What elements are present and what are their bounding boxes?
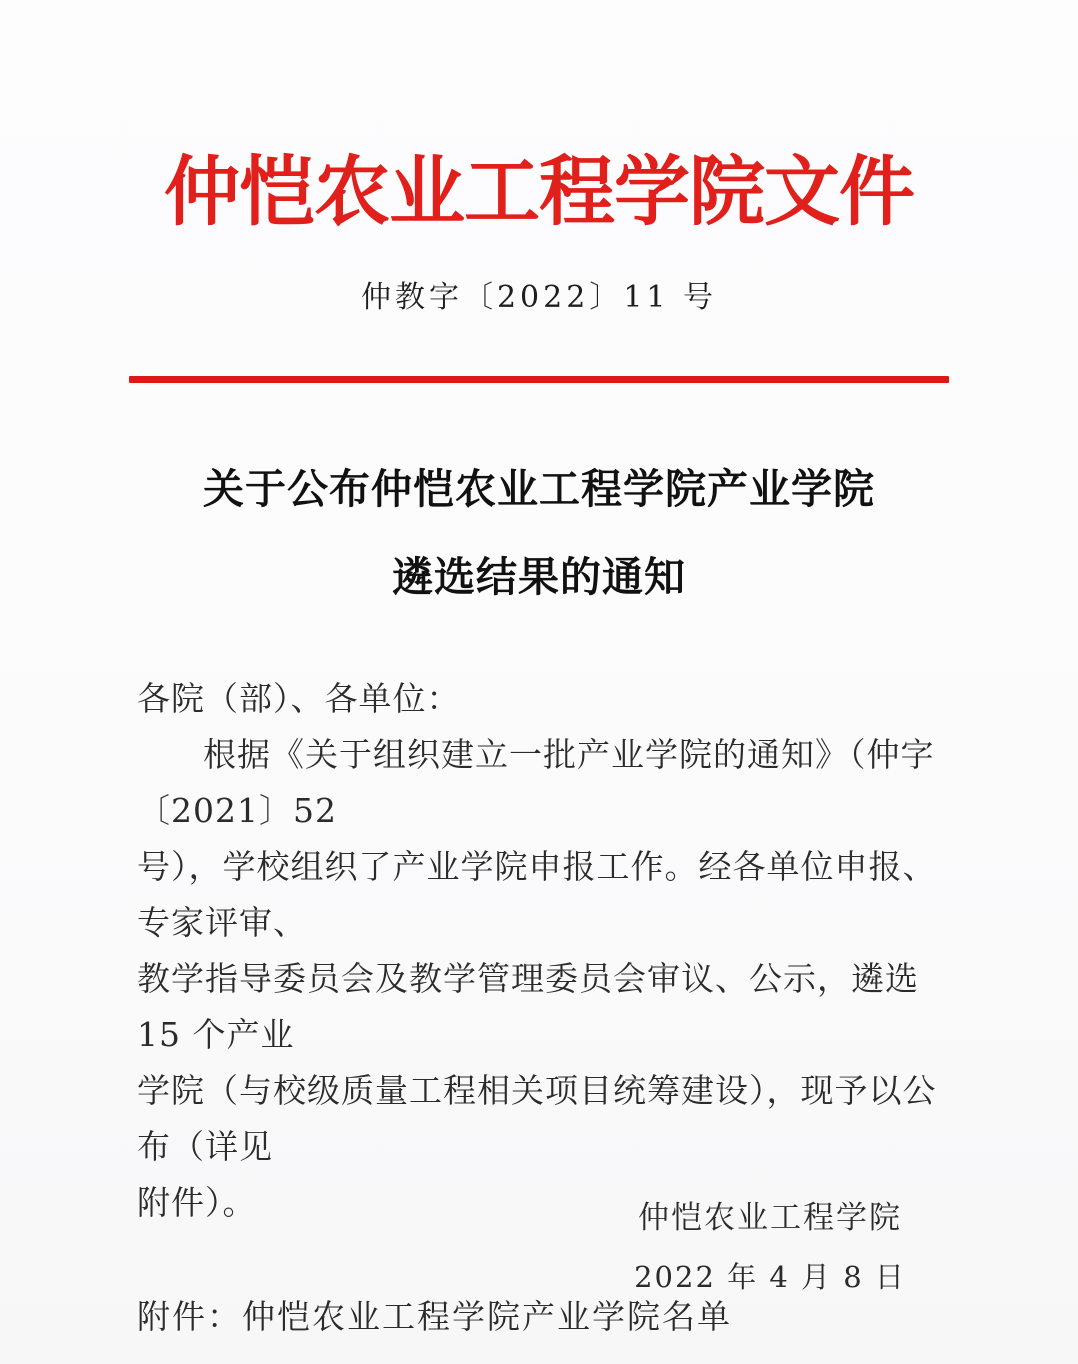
doc-title-line-1: 关于公布仲恺农业工程学院产业学院 [0, 445, 1078, 533]
paragraph-line: 号），学校组织了产业学院申报工作。经各单位申报、专家评审、 [137, 839, 941, 951]
salutation: 各院（部）、各单位： [137, 671, 941, 727]
paragraph-line: 学院（与校级质量工程相关项目统筹建设），现予以公布（详见 [137, 1063, 941, 1175]
doc-title-line-2: 遴选结果的通知 [0, 533, 1078, 621]
paragraph-line: 教学指导委员会及教学管理委员会审议、公示，遴选 15 个产业 [137, 951, 941, 1063]
signature-date: 2022 年 4 月 8 日 [540, 1257, 1000, 1297]
signature-block: 仲恺农业工程学院 2022 年 4 月 8 日 [540, 1196, 1000, 1297]
org-title: 仲恺农业工程学院文件 [0, 0, 1078, 238]
signature-org: 仲恺农业工程学院 [540, 1196, 1000, 1240]
red-separator-line [129, 376, 949, 383]
attachment-note: 附件：仲恺农业工程学院产业学院名单 [137, 1289, 941, 1345]
document-page: 仲恺农业工程学院文件 仲教字〔2022〕11 号 关于公布仲恺农业工程学院产业学… [0, 0, 1078, 1364]
body-text: 各院（部）、各单位： 根据《关于组织建立一批产业学院的通知》（仲字〔2021〕5… [137, 671, 941, 1231]
doc-number: 仲教字〔2022〕11 号 [0, 278, 1078, 318]
doc-title: 关于公布仲恺农业工程学院产业学院 遴选结果的通知 [0, 445, 1078, 621]
paragraph-line: 根据《关于组织建立一批产业学院的通知》（仲字〔2021〕52 [137, 727, 941, 839]
